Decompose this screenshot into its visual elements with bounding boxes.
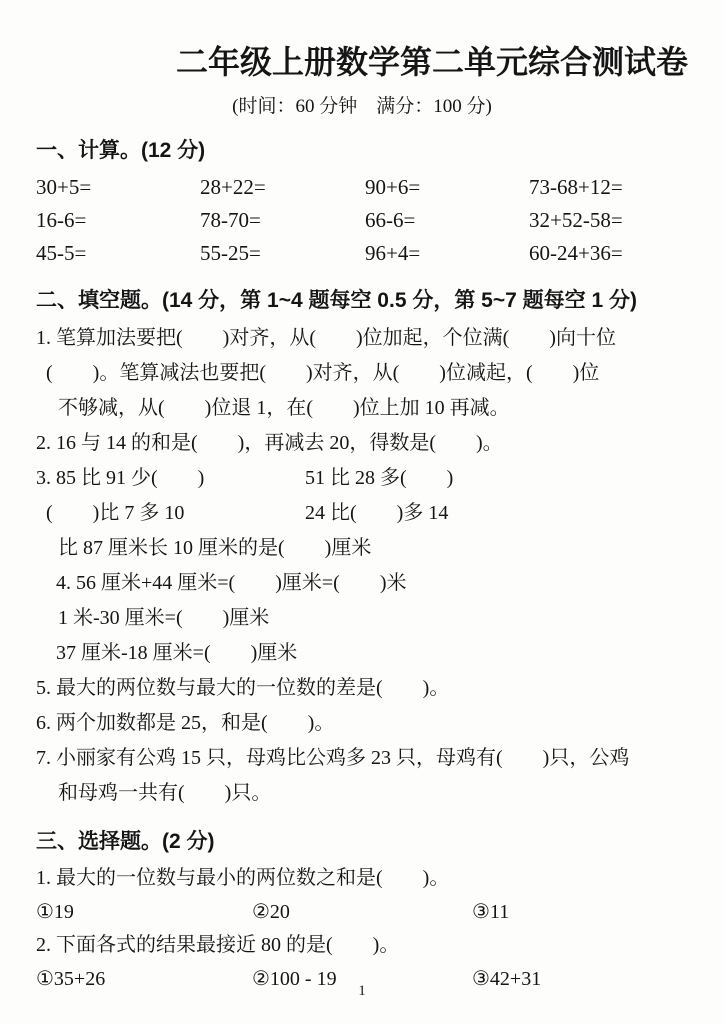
calc-problem: 45-5= [36, 237, 200, 270]
fill-q4-line1: 4. 56 厘米+44 厘米=( )厘米=( )米 [56, 566, 724, 601]
calc-problem: 66-6= [365, 204, 529, 237]
choice-q1-options: ①19 ②20 ③11 [36, 895, 724, 929]
choice-q1: 1. 最大的一位数与最小的两位数之和是( )。 [36, 862, 724, 895]
fill-q4-line3: 37 厘米-18 厘米=( )厘米 [56, 636, 724, 671]
fill-q3-row1-left: 3. 85 比 91 少( ) [36, 461, 300, 496]
choice-q2: 2. 下面各式的结果最接近 80 的是( )。 [36, 929, 724, 962]
calc-problem: 96+4= [365, 237, 529, 270]
fill-q3-row2-right: 24 比( )多 14 [305, 502, 448, 524]
section1-heading: 一、计算。(12 分) [36, 136, 724, 166]
calc-problem: 55-25= [200, 237, 365, 270]
fill-q3-row2-left: ( )比 7 多 10 [46, 496, 300, 531]
exam-time-score-info: (时间：60 分钟 满分：100 分) [0, 94, 724, 120]
page-title: 二年级上册数学第二单元综合测试卷 [0, 42, 724, 82]
fill-q7-line1: 7. 小丽家有公鸡 15 只，母鸡比公鸡多 23 只，母鸡有( )只，公鸡 [36, 741, 724, 776]
calc-problem: 60-24+36= [529, 237, 724, 270]
fill-q5: 5. 最大的两位数与最大的一位数的差是( )。 [36, 671, 724, 706]
fill-q3-row1-right: 51 比 28 多( ) [305, 467, 453, 489]
fill-q6: 6. 两个加数都是 25，和是( )。 [36, 706, 724, 741]
fill-q1-line1: 1. 笔算加法要把( )对齐，从( )位加起，个位满( )向十位 [36, 321, 724, 356]
calc-problem: 32+52-58= [529, 204, 724, 237]
fill-q2: 2. 16 与 14 的和是( )，再减去 20，得数是( )。 [36, 426, 724, 461]
fill-q3-row2: ( )比 7 多 10 24 比( )多 14 [36, 496, 724, 531]
calc-problem: 73-68+12= [529, 171, 724, 204]
choice-option: ②20 [252, 895, 472, 929]
test-paper-page: 二年级上册数学第二单元综合测试卷 (时间：60 分钟 满分：100 分) 一、计… [0, 0, 724, 1024]
calc-problem: 28+22= [200, 171, 365, 204]
calc-problem-grid: 30+5= 28+22= 90+6= 73-68+12= 16-6= 78-70… [36, 171, 724, 270]
fill-q4-line2: 1 米-30 厘米=( )厘米 [58, 601, 724, 636]
calc-problem: 16-6= [36, 204, 200, 237]
fill-q1-line2: ( )。笔算减法也要把( )对齐，从( )位减起，( )位 [46, 356, 724, 391]
calc-problem: 90+6= [365, 171, 529, 204]
fill-q7-line2: 和母鸡一共有( )只。 [58, 776, 724, 811]
page-number: 1 [0, 983, 724, 1000]
choice-option: ③11 [472, 895, 724, 929]
fill-q3-line3: 比 87 厘米长 10 厘米的是( )厘米 [58, 531, 724, 566]
choice-option: ①19 [36, 895, 252, 929]
calc-problem: 30+5= [36, 171, 200, 204]
calc-problem: 78-70= [200, 204, 365, 237]
section2-heading: 二、填空题。(14 分，第 1~4 题每空 0.5 分，第 5~7 题每空 1 … [36, 286, 724, 316]
fill-q3-row1: 3. 85 比 91 少( ) 51 比 28 多( ) [36, 461, 724, 496]
section3-heading: 三、选择题。(2 分) [36, 827, 724, 857]
fill-q1-line3: 不够减，从( )位退 1，在( )位上加 10 再减。 [58, 391, 724, 426]
